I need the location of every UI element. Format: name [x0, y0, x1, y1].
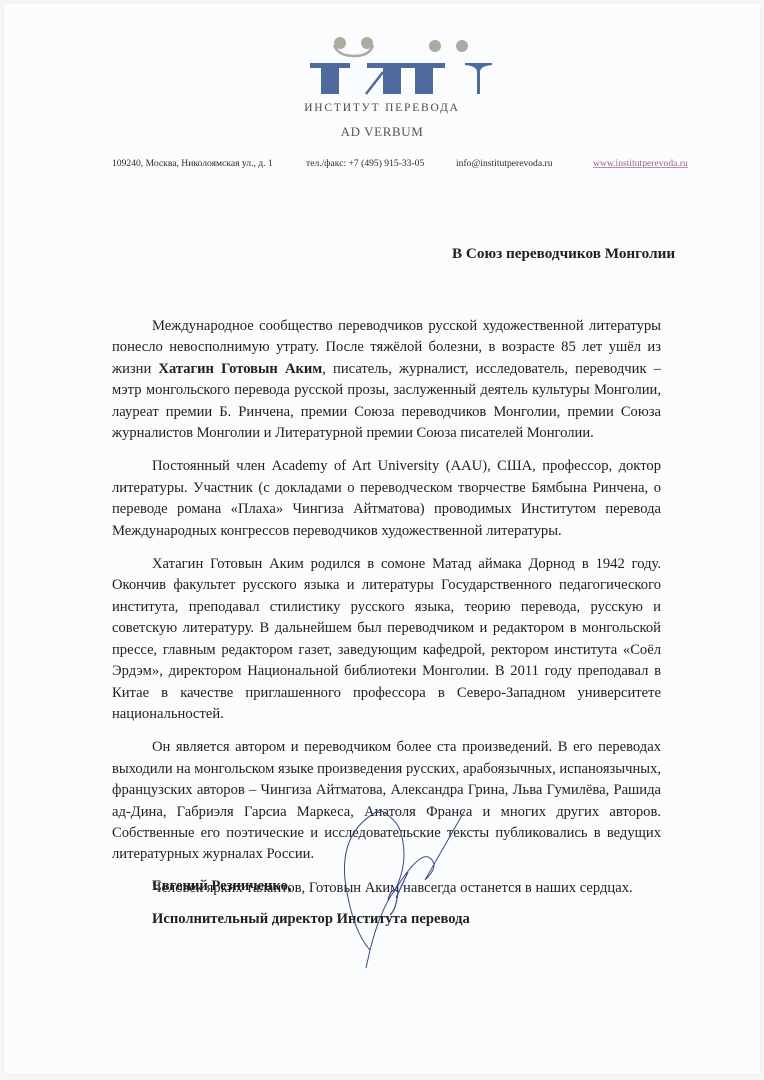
recipient-line: В Союз переводчиков Монголии [452, 245, 675, 263]
institute-name: ИНСТИТУТ ПЕРЕВОДА [0, 102, 764, 114]
deceased-name: Хатагин Готовын Аким [158, 361, 322, 377]
paragraph-4: Он является автором и переводчиком более… [112, 737, 661, 865]
signatory-title: Исполнительный директор Института перево… [152, 911, 470, 928]
contact-phone: тел./факс: +7 (495) 915-33-05 [306, 158, 424, 169]
paragraph-1: Международное сообщество переводчиков ру… [112, 316, 661, 444]
signatory-name: Евгений Резниченко, [152, 878, 292, 895]
contacts-line: 109240, Москва, Николоямская ул., д. 1 т… [0, 158, 764, 174]
paragraph-3: Хатагин Готовын Аким родился в сомоне Ма… [112, 554, 661, 725]
contact-website-link[interactable]: www.institutperevoda.ru [593, 158, 688, 169]
contact-address: 109240, Москва, Николоямская ул., д. 1 [112, 158, 273, 169]
paragraph-2: Постоянный член Academy of Art Universit… [112, 456, 661, 542]
contact-email-link[interactable]: info@institutperevoda.ru [456, 158, 553, 169]
institute-motto: AD VERBUM [0, 124, 764, 140]
letter-body: Международное сообщество переводчиков ру… [112, 316, 661, 911]
